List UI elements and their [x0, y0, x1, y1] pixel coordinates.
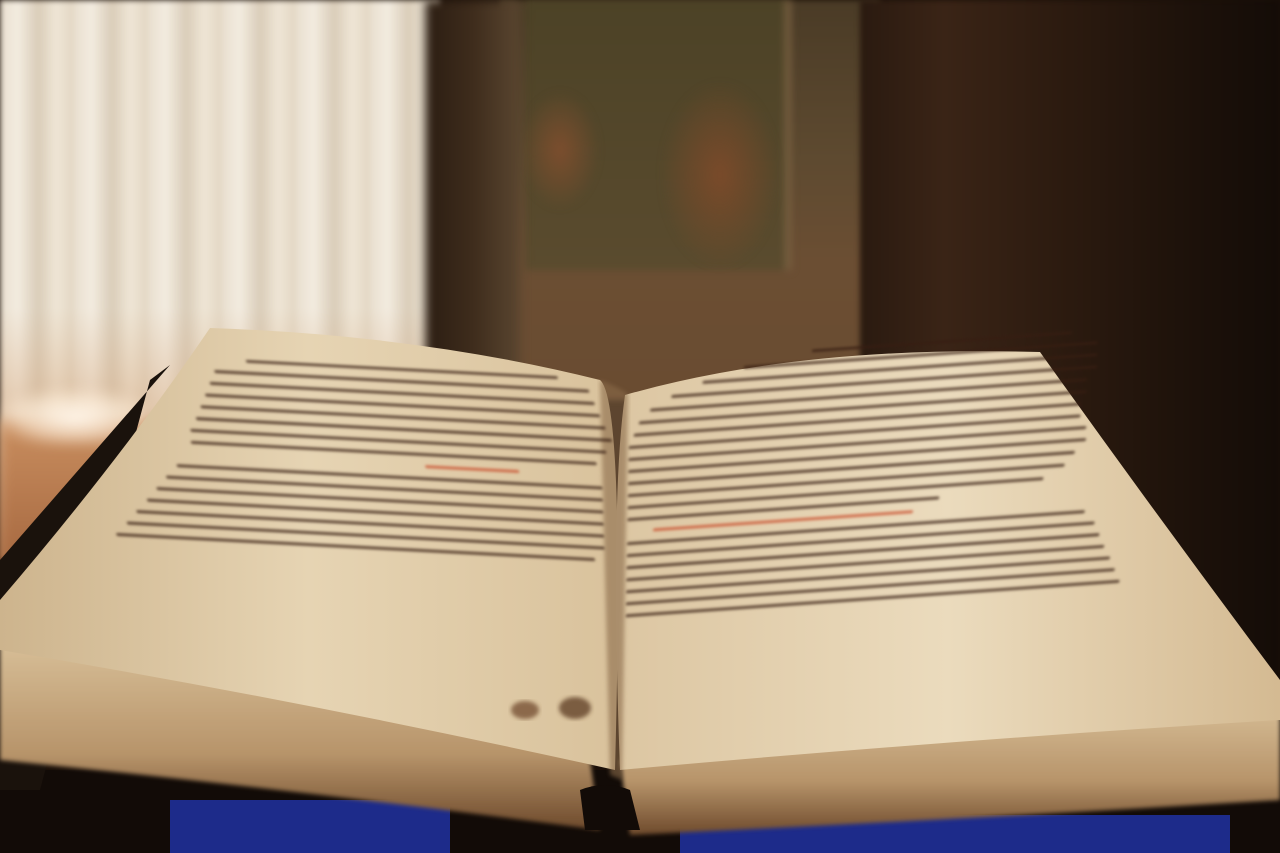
right-page-text — [625, 326, 1150, 663]
stain — [559, 697, 591, 719]
stain — [511, 701, 539, 719]
left-page-text — [100, 352, 629, 650]
